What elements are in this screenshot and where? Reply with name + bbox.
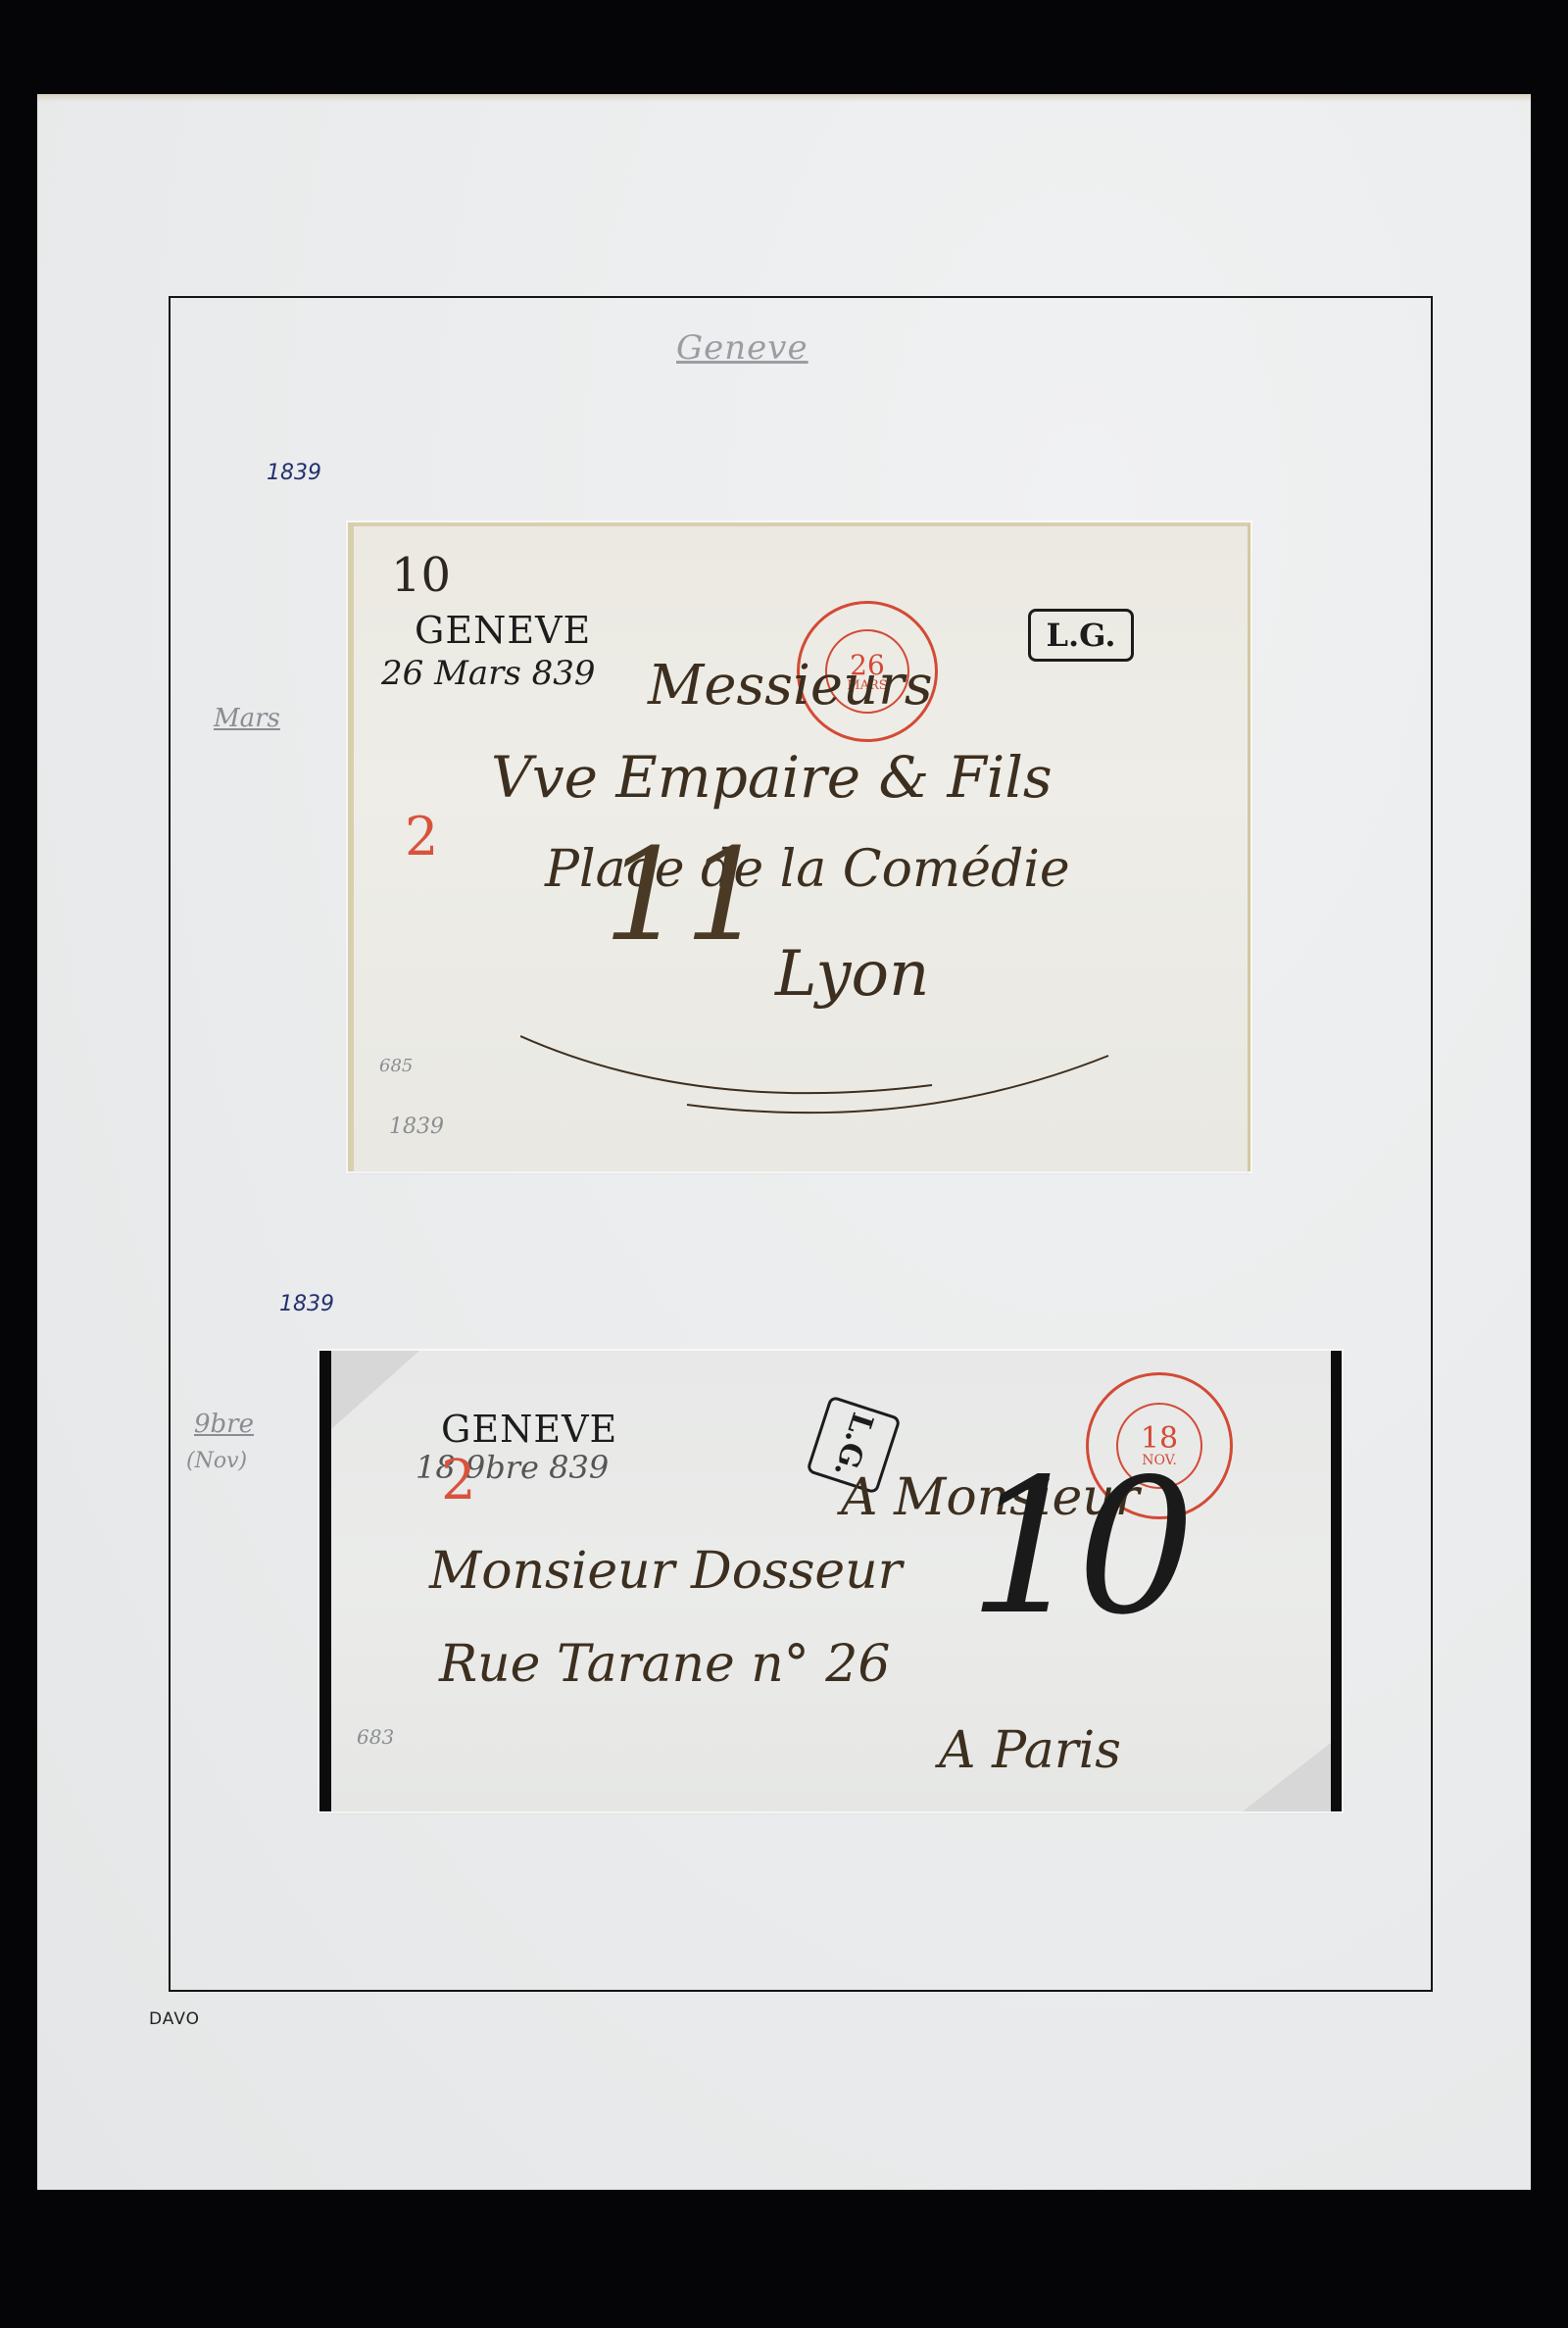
boxed-lg-mark: L.G. — [1028, 609, 1134, 662]
address-line-3: Rue Tarane n° 26 — [439, 1635, 890, 1694]
pencil-note-catalog: 685 — [379, 1056, 413, 1076]
mount-corner-br — [1243, 1743, 1331, 1811]
cover2-year-note: 1839 — [279, 1292, 334, 1316]
red-charge-mark: 2 — [405, 806, 438, 867]
cover-letter-1[interactable]: 10 GENEVE 26 Mars 839 26 MARS L.G. Messi… — [348, 522, 1250, 1171]
red-charge-mark: 2 — [441, 1449, 476, 1512]
date-handstamp: 26 Mars 839 — [381, 654, 596, 693]
address-line-1: Messieurs — [648, 654, 933, 718]
town-handstamp: GENEVE — [415, 609, 591, 652]
publisher-mark: DAVO — [149, 2009, 200, 2029]
pencil-note-catalog: 683 — [357, 1725, 394, 1749]
cover2-month-note: 9bre — [194, 1410, 254, 1439]
cover1-month-note: Mars — [214, 704, 280, 733]
page-edge-shade — [37, 94, 1531, 102]
address-line-4: A Paris — [939, 1721, 1121, 1780]
address-line-2: Monsieur Dosseur — [429, 1542, 903, 1601]
cover-letter-2[interactable]: GENEVE 18 9bre 839 2 L.G. 18 NOV. A Mons… — [319, 1351, 1342, 1811]
town-handstamp: GENEVE — [441, 1408, 617, 1451]
mount-corner-tl — [331, 1351, 419, 1429]
manuscript-rate: 11 — [604, 820, 765, 969]
pencil-note-year: 1839 — [389, 1114, 444, 1139]
page-heading: Geneve — [676, 328, 808, 368]
manuscript-rate: 10 — [968, 1439, 1186, 1656]
cover2-month-note-sub: (Nov) — [186, 1449, 247, 1473]
flourish-underline — [520, 997, 1128, 1134]
address-line-2: Vve Empaire & Fils — [491, 744, 1053, 811]
manuscript-top-mark: 10 — [391, 548, 451, 603]
cover1-year-note: 1839 — [267, 461, 321, 485]
